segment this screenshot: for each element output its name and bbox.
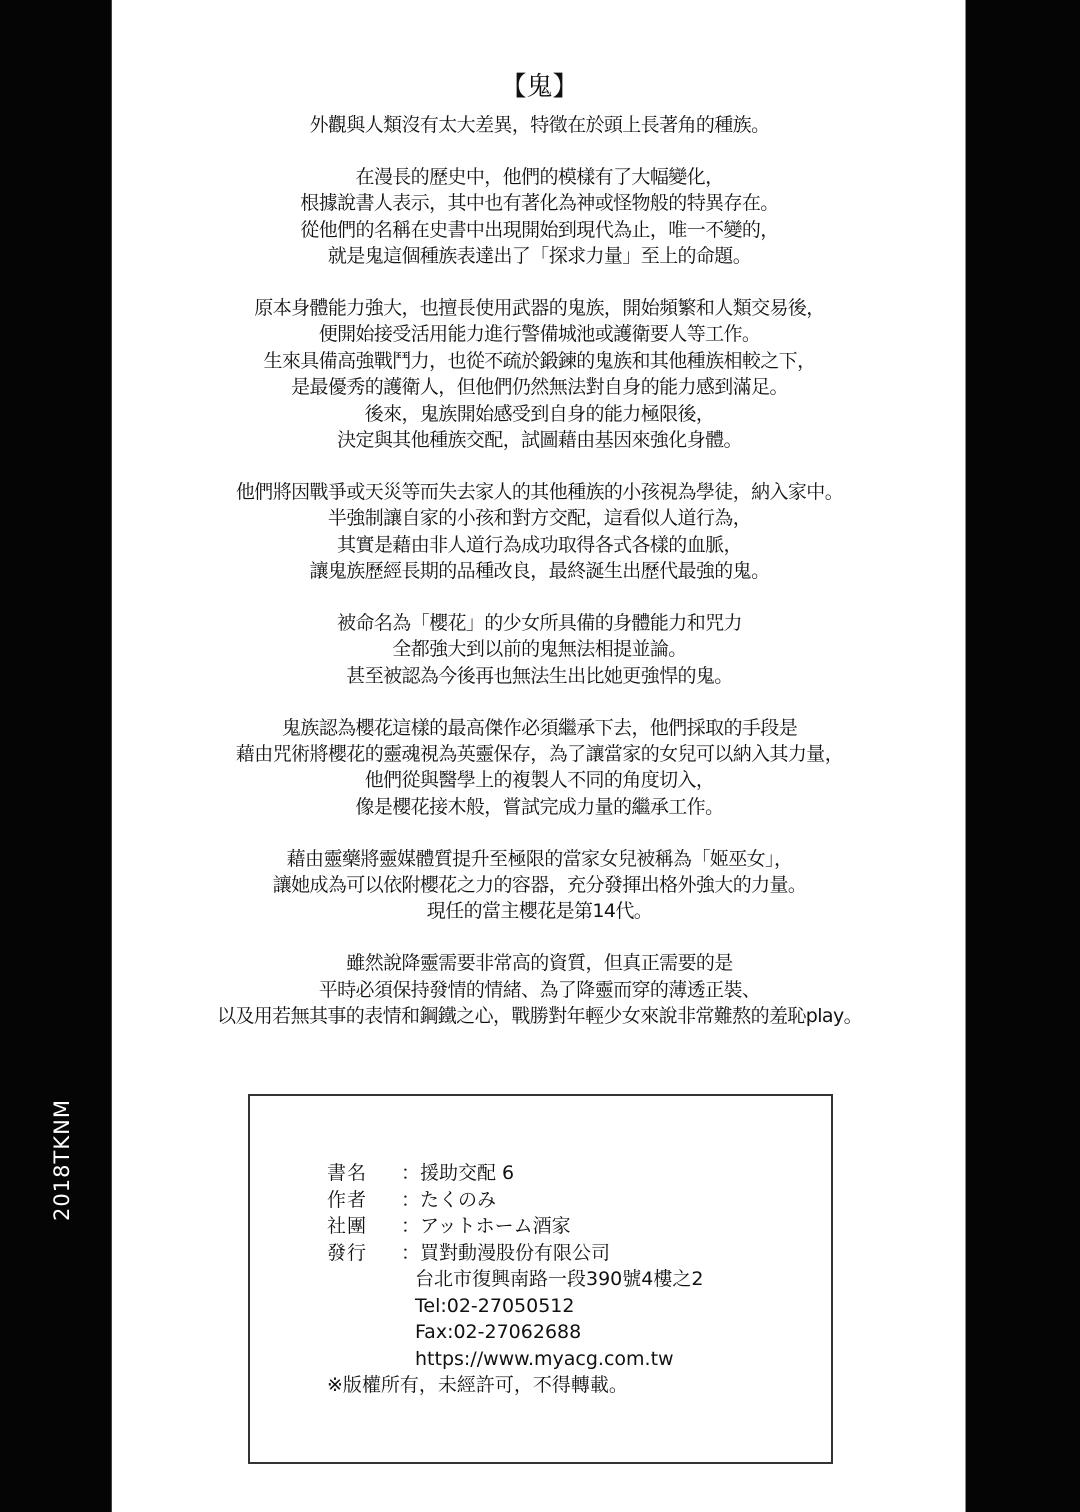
publisher-fax: Fax:02-27062688 [327, 1319, 703, 1346]
colophon-label: 發行 [327, 1240, 397, 1267]
paragraph: 外觀與人類沒有太大差異，特徵在於頭上長著角的種族。 [112, 112, 967, 138]
paragraph: 雖然說降靈需要非常高的資質，但真正需要的是 平時必須保持發情的情緒、為了降靈而穿… [112, 950, 967, 1029]
colophon-row-author: 作者 ：たくのみ [327, 1187, 703, 1214]
colophon-row-title: 書名 ：援助交配 6 [327, 1160, 703, 1187]
text-line: 他們從與醫學上的複製人不同的角度切入， [112, 767, 967, 793]
text-line: 現任的當主櫻花是第14代。 [112, 898, 967, 924]
colophon-content: 書名 ：援助交配 6 作者 ：たくのみ 社團 ：アットホーム酒家 發行 ：買對動… [327, 1160, 703, 1399]
colophon-label: 社團 [327, 1213, 397, 1240]
colophon-value: ：買對動漫股份有限公司 [397, 1240, 610, 1267]
text-line: 生來具備高強戰鬥力，也從不疏於鍛鍊的鬼族和其他種族相較之下， [112, 348, 967, 374]
page-title: 【鬼】 [112, 66, 967, 103]
publisher-url: https://www.myacg.com.tw [327, 1346, 703, 1373]
text-line: 藉由靈藥將靈媒體質提升至極限的當家女兒被稱為「姬巫女」， [112, 846, 967, 872]
paragraph: 鬼族認為櫻花這樣的最高傑作必須繼承下去，他們採取的手段是 藉由咒術將櫻花的靈魂視… [112, 715, 967, 821]
colophon-label: 書名 [327, 1160, 397, 1187]
colophon-row-circle: 社團 ：アットホーム酒家 [327, 1213, 703, 1240]
text-line: 讓她成為可以依附櫻花之力的容器，充分發揮出格外強大的力量。 [112, 872, 967, 898]
text-line: 被命名為「櫻花」的少女所具備的身體能力和咒力 [112, 610, 967, 636]
text-line: 平時必須保持發情的情緒、為了降靈而穿的薄透正裝、 [112, 977, 967, 1003]
paragraph: 他們將因戰爭或天災等而失去家人的其他種族的小孩視為學徒，納入家中。 半強制讓自家… [112, 479, 967, 585]
colophon-label: 作者 [327, 1187, 397, 1214]
text-line: 讓鬼族歷經長期的品種改良，最終誕生出歷代最強的鬼。 [112, 558, 967, 584]
text-line: 從他們的名稱在史書中出現開始到現代為止，唯一不變的， [112, 217, 967, 243]
text-line: 其實是藉由非人道行為成功取得各式各樣的血脈， [112, 532, 967, 558]
text-line: 甚至被認為今後再也無法生出比她更強悍的鬼。 [112, 663, 967, 689]
colophon-row-publisher: 發行 ：買對動漫股份有限公司 [327, 1240, 703, 1267]
text-line: 以及用若無其事的表情和鋼鐵之心，戰勝對年輕少女來說非常難熬的羞恥play。 [112, 1003, 967, 1029]
text-line: 後來，鬼族開始感受到自身的能力極限後， [112, 401, 967, 427]
left-black-margin [0, 0, 111, 1512]
text-line: 決定與其他種族交配，試圖藉由基因來強化身體。 [112, 427, 967, 453]
document-page: 【鬼】 外觀與人類沒有太大差異，特徵在於頭上長著角的種族。 在漫長的歷史中，他們… [111, 0, 966, 1512]
text-line: 外觀與人類沒有太大差異，特徵在於頭上長著角的種族。 [112, 112, 967, 138]
text-line: 就是鬼這個種族表達出了「探求力量」至上的命題。 [112, 243, 967, 269]
paragraph: 被命名為「櫻花」的少女所具備的身體能力和咒力 全都強大到以前的鬼無法相提並論。 … [112, 610, 967, 689]
colophon-value: ：たくのみ [397, 1187, 496, 1214]
text-line: 雖然說降靈需要非常高的資質，但真正需要的是 [112, 950, 967, 976]
colophon-value: ：アットホーム酒家 [397, 1213, 571, 1240]
text-line: 像是櫻花接木般，嘗試完成力量的繼承工作。 [112, 794, 967, 820]
text-line: 便開始接受活用能力進行警備城池或護衛要人等工作。 [112, 321, 967, 347]
text-line: 半強制讓自家的小孩和對方交配，這看似人道行為， [112, 505, 967, 531]
paragraph: 藉由靈藥將靈媒體質提升至極限的當家女兒被稱為「姬巫女」， 讓她成為可以依附櫻花之… [112, 846, 967, 925]
publisher-address: 台北市復興南路一段390號4樓之2 [327, 1266, 703, 1293]
colophon-value: ：援助交配 6 [397, 1160, 514, 1187]
text-line: 全都強大到以前的鬼無法相提並論。 [112, 636, 967, 662]
text-line: 根據說書人表示，其中也有著化為神或怪物般的特異存在。 [112, 190, 967, 216]
paragraph: 原本身體能力強大，也擅長使用武器的鬼族，開始頻繁和人類交易後， 便開始接受活用能… [112, 295, 967, 453]
text-line: 他們將因戰爭或天災等而失去家人的其他種族的小孩視為學徒，納入家中。 [112, 479, 967, 505]
body-text: 外觀與人類沒有太大差異，特徵在於頭上長著角的種族。 在漫長的歷史中，他們的模樣有… [112, 112, 967, 1055]
paragraph: 在漫長的歷史中，他們的模樣有了大幅變化， 根據說書人表示，其中也有著化為神或怪物… [112, 164, 967, 270]
text-line: 鬼族認為櫻花這樣的最高傑作必須繼承下去，他們採取的手段是 [112, 715, 967, 741]
text-line: 藉由咒術將櫻花的靈魂視為英靈保存，為了讓當家的女兒可以納入其力量， [112, 741, 967, 767]
colophon-box: 書名 ：援助交配 6 作者 ：たくのみ 社團 ：アットホーム酒家 發行 ：買對動… [248, 1094, 833, 1464]
side-watermark: 2018TKNM [50, 1099, 74, 1221]
text-line: 是最優秀的護衛人，但他們仍然無法對自身的能力感到滿足。 [112, 374, 967, 400]
copyright-notice: ※版權所有，未經許可，不得轉載。 [327, 1372, 703, 1399]
publisher-tel: Tel:02-27050512 [327, 1293, 703, 1320]
text-line: 在漫長的歷史中，他們的模樣有了大幅變化， [112, 164, 967, 190]
text-line: 原本身體能力強大，也擅長使用武器的鬼族，開始頻繁和人類交易後， [112, 295, 967, 321]
right-black-margin [966, 0, 1080, 1512]
